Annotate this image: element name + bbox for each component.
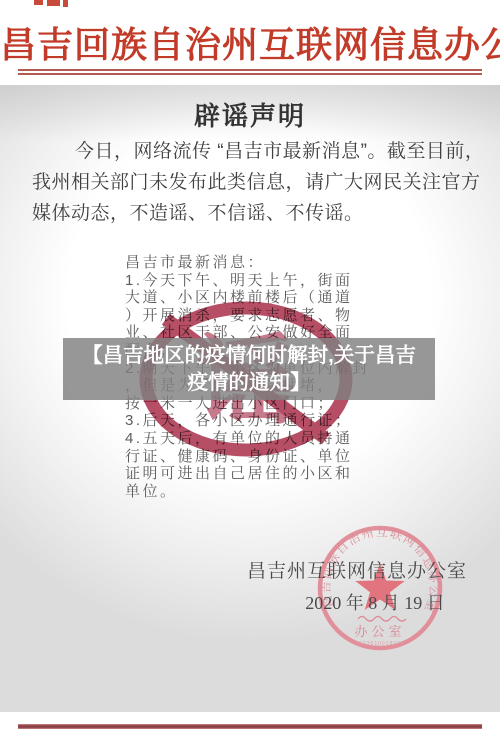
cropped-text-fragment: [34, 0, 43, 5]
header-double-rule-top: [18, 69, 482, 71]
rumor-line: 1.今天下午、明天上午，街面: [125, 272, 370, 290]
cropped-text-fragment: [63, 0, 68, 7]
signature-org: 昌吉州互联网信息办公室: [247, 556, 467, 583]
cropped-text-fragment: [47, 0, 60, 6]
rumor-line: 单位。: [125, 483, 370, 501]
statement-line: 我州相关部门未发布此类信息，请广大网民关注官方: [32, 167, 481, 194]
headline-line-1: 【昌吉地区的疫情何时解封,关于昌吉: [82, 342, 416, 369]
org-title: 昌吉回族自治州互联网信息办公室: [0, 17, 500, 68]
headline-line-2: 疫情的通知】: [188, 369, 311, 396]
statement-photo: 昌吉回族自治州互联网信息办公室 辟谣声明 今日，网络流传 “昌吉市最新消息”。截…: [0, 0, 500, 740]
rumor-line: 昌吉市最新消息：: [125, 254, 370, 272]
rumor-line: 证明可进出自己居住的小区和: [125, 465, 370, 483]
signature-date: 2020 年 8 月 19 日: [275, 589, 475, 615]
seal-script-squiggle: [358, 617, 406, 622]
statement-title: 辟谣声明: [0, 96, 500, 133]
seal-bottom-text: 办公室: [354, 624, 405, 639]
statement-line: 今日，网络流传 “昌吉市最新消息”。截至目前，: [75, 136, 484, 163]
bottom-divider-rule: [18, 724, 482, 729]
official-seal-icon: 昌吉回族自治州互联网信息办公室 办公室 6523010018030: [310, 518, 450, 658]
headline-overlay: 【昌吉地区的疫情何时解封,关于昌吉 疫情的通知】: [63, 338, 435, 400]
header-double-rule-bottom: [18, 73, 482, 75]
statement-line: 媒体动态，不造谣、不信谣、不传谣。: [32, 198, 364, 225]
seal-serial-number: 6523010018030: [355, 641, 404, 647]
